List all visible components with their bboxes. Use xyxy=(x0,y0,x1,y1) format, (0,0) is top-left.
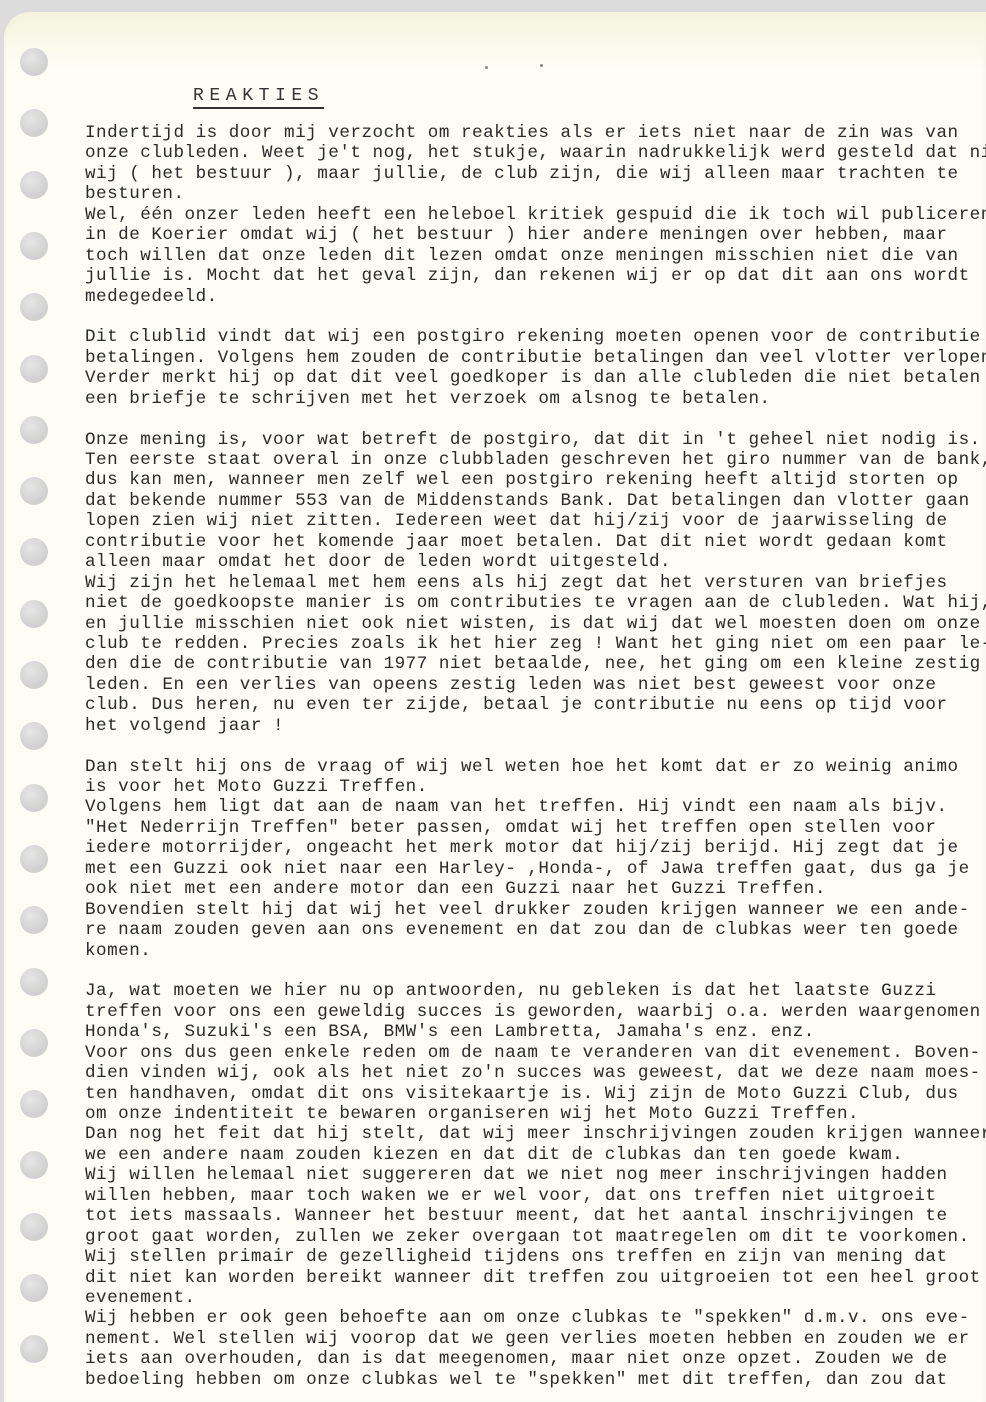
paragraph-gap xyxy=(85,307,965,327)
binder-hole-icon xyxy=(20,845,48,873)
text-line: Wij stellen primair de gezelligheid tijd… xyxy=(85,1247,965,1267)
text-line: Ja, wat moeten we hier nu op antwoorden,… xyxy=(85,981,965,1001)
binder-hole-icon xyxy=(20,906,48,934)
paragraph: Indertijd is door mij verzocht om reakti… xyxy=(85,123,965,307)
binder-hole-icon xyxy=(20,661,48,689)
text-line: besturen. xyxy=(85,184,965,204)
text-line: alleen maar omdat het door de leden word… xyxy=(85,552,965,572)
binder-hole-icon xyxy=(20,1029,48,1057)
text-line: ten handhaven, omdat dit ons visitekaart… xyxy=(85,1084,965,1104)
text-line: willen hebben, maar toch waken we er wel… xyxy=(85,1186,965,1206)
text-line: Verder merkt hij op dat dit veel goedkop… xyxy=(85,368,965,388)
text-line: ook niet met een andere motor dan een Gu… xyxy=(85,879,965,899)
text-line: "Het Nederrijn Treffen" beter passen, om… xyxy=(85,818,965,838)
text-line: bedoeling hebben om onze clubkas wel te … xyxy=(85,1370,965,1390)
text-line: Ten eerste staat overal in onze clubblad… xyxy=(85,450,965,470)
document-body: Indertijd is door mij verzocht om reakti… xyxy=(85,123,965,1390)
text-line: dus kan men, wanneer men zelf wel een po… xyxy=(85,470,965,490)
text-line: re naam zouden geven aan ons evenement e… xyxy=(85,920,965,940)
speck-mark xyxy=(540,64,543,67)
binder-hole-icon xyxy=(20,784,48,812)
text-line: nement. Wel stellen wij voorop dat we ge… xyxy=(85,1329,965,1349)
text-line: Voor ons dus geen enkele reden om de naa… xyxy=(85,1043,965,1063)
binder-hole-icon xyxy=(20,232,48,260)
text-line: Wel, één onzer leden heeft een heleboel … xyxy=(85,205,965,225)
text-line: dat bekende nummer 553 van de Middenstan… xyxy=(85,491,965,511)
text-line: Honda's, Suzuki's een BSA, BMW's een Lam… xyxy=(85,1022,965,1042)
text-line: toch willen dat onze leden dit lezen omd… xyxy=(85,246,965,266)
text-line: iedere motorrijder, ongeacht het merk mo… xyxy=(85,838,965,858)
text-line: club te redden. Precies zoals ik het hie… xyxy=(85,634,965,654)
text-line: en jullie misschien niet ook niet wisten… xyxy=(85,614,965,634)
text-line: het volgend jaar ! xyxy=(85,716,965,736)
text-line: lopen zien wij niet zitten. Iedereen wee… xyxy=(85,511,965,531)
text-line: onze clubleden. Weet je't nog, het stukj… xyxy=(85,143,965,163)
paragraph-gap xyxy=(85,736,965,756)
text-line: we een andere naam zouden kiezen en dat … xyxy=(85,1145,965,1165)
paragraph: Dan stelt hij ons de vraag of wij wel we… xyxy=(85,757,965,961)
text-line: den die de contributie van 1977 niet bet… xyxy=(85,654,965,674)
text-line: niet de goedkoopste manier is om contrib… xyxy=(85,593,965,613)
paper-specks xyxy=(480,60,560,80)
binder-hole-icon xyxy=(20,416,48,444)
text-line: groot gaat worden, zullen we zeker overg… xyxy=(85,1227,965,1247)
text-line: betalingen. Volgens hem zouden de contri… xyxy=(85,348,965,368)
speck-mark xyxy=(485,66,488,69)
text-line: dien vinden wij, ook als het niet zo'n s… xyxy=(85,1063,965,1083)
text-line: is voor het Moto Guzzi Treffen. xyxy=(85,777,965,797)
binder-hole-icon xyxy=(20,1090,48,1118)
binder-hole-icon xyxy=(20,538,48,566)
text-line: iets aan overhouden, dan is dat meegenom… xyxy=(85,1349,965,1369)
binder-margin xyxy=(0,0,60,1402)
text-line: met een Guzzi ook niet naar een Harley- … xyxy=(85,859,965,879)
text-line: in de Koerier omdat wij ( het bestuur ) … xyxy=(85,225,965,245)
binder-hole-icon xyxy=(20,355,48,383)
binder-hole-icon xyxy=(20,1335,48,1363)
binder-hole-icon xyxy=(20,109,48,137)
text-line: evenement. xyxy=(85,1288,965,1308)
paragraph-gap xyxy=(85,961,965,981)
text-line: treffen voor ons een geweldig succes is … xyxy=(85,1002,965,1022)
paragraph: Onze mening is, voor wat betreft de post… xyxy=(85,430,965,737)
paragraph-gap xyxy=(85,409,965,429)
text-line: Wij willen helemaal niet suggereren dat … xyxy=(85,1165,965,1185)
binder-hole-icon xyxy=(20,477,48,505)
binder-hole-icon xyxy=(20,1151,48,1179)
text-line: komen. xyxy=(85,941,965,961)
binder-hole-icon xyxy=(20,968,48,996)
binder-hole-icon xyxy=(20,171,48,199)
text-line: dit niet kan worden bereikt wanneer dit … xyxy=(85,1268,965,1288)
text-line: Bovendien stelt hij dat wij het veel dru… xyxy=(85,900,965,920)
text-line: leden. En een verlies van opeens zestig … xyxy=(85,675,965,695)
page-title: REAKTIES xyxy=(193,86,324,109)
text-line: club. Dus heren, nu even ter zijde, beta… xyxy=(85,695,965,715)
text-line: om onze indentiteit te bewaren organiser… xyxy=(85,1104,965,1124)
paragraph: Ja, wat moeten we hier nu op antwoorden,… xyxy=(85,981,965,1390)
binder-hole-icon xyxy=(20,722,48,750)
text-line: Volgens hem ligt dat aan de naam van het… xyxy=(85,797,965,817)
binder-hole-icon xyxy=(20,600,48,628)
text-line: tot iets massaals. Wanneer het bestuur m… xyxy=(85,1206,965,1226)
text-line: Onze mening is, voor wat betreft de post… xyxy=(85,430,965,450)
text-line: jullie is. Mocht dat het geval zijn, dan… xyxy=(85,266,965,286)
text-line: Dan nog het feit dat hij stelt, dat wij … xyxy=(85,1124,965,1144)
text-line: medegedeeld. xyxy=(85,287,965,307)
paragraph: Dit clublid vindt dat wij een postgiro r… xyxy=(85,327,965,409)
binder-hole-icon xyxy=(20,293,48,321)
text-line: Dit clublid vindt dat wij een postgiro r… xyxy=(85,327,965,347)
binder-hole-icon xyxy=(20,1213,48,1241)
text-line: Dan stelt hij ons de vraag of wij wel we… xyxy=(85,757,965,777)
text-line: contributie voor het komende jaar moet b… xyxy=(85,532,965,552)
text-line: Indertijd is door mij verzocht om reakti… xyxy=(85,123,965,143)
binder-hole-icon xyxy=(20,48,48,76)
text-line: een briefje te schrijven met het verzoek… xyxy=(85,389,965,409)
text-line: wij ( het bestuur ), maar jullie, de clu… xyxy=(85,164,965,184)
binder-hole-icon xyxy=(20,1274,48,1302)
text-line: Wij hebben er ook geen behoefte aan om o… xyxy=(85,1308,965,1328)
text-line: Wij zijn het helemaal met hem eens als h… xyxy=(85,573,965,593)
